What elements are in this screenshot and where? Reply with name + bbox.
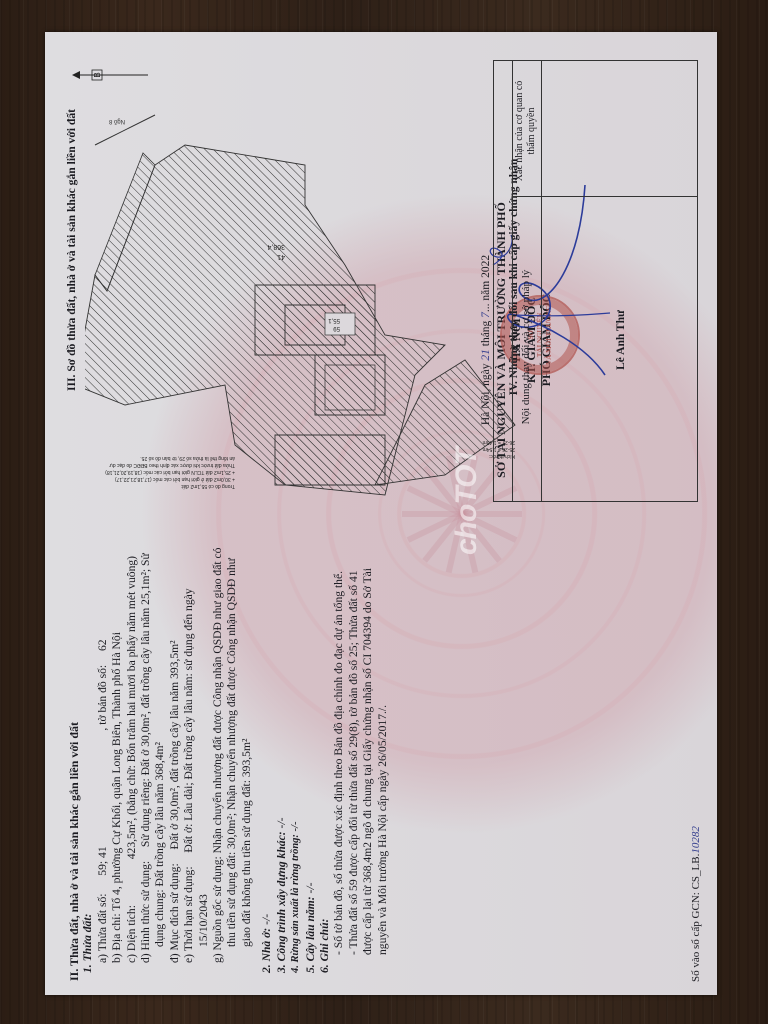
forest-line: 4. Rừng sản xuất là rừng trồng: -/- [289, 521, 303, 981]
usage-term-cont: 15/10/2043 [197, 521, 211, 981]
note-line: - Số tờ bản đồ, số thửa được xác định th… [332, 521, 346, 981]
usage-term-line: e) Thời hạn sử dụng: Đất ở: Lâu dài; Đất… [182, 521, 196, 981]
other-works-line: 3. Công trình xây dựng khác: -/- [275, 521, 289, 981]
svg-text:41: 41 [277, 253, 285, 260]
origin-line: g) Nguồn gốc sử dụng: Nhận chuyển nhượng… [211, 521, 225, 981]
address-line: b) Địa chỉ: Tổ 4, phường Cự Khối, quận L… [110, 521, 124, 981]
chotot-watermark: choTOT [450, 448, 484, 555]
svg-text:án tổng thể là thửa số 29, tờ: án tổng thể là thửa số 29, tờ bản đồ số … [140, 455, 235, 462]
svg-text:+ 30,0m2 đất ở giới hạn bởi cá: + 30,0m2 đất ở giới hạn bởi các mốc (17,… [115, 476, 235, 483]
notes-heading: 6. Ghi chú: [318, 521, 332, 981]
registry-value: 10282 [690, 826, 702, 854]
house-line: 2. Nhà ở: -/- [260, 521, 274, 981]
usage-form-line: d) Hình thức sử dụng: Sử dụng riêng: Đất… [139, 521, 153, 981]
svg-text:59: 59 [333, 325, 340, 331]
svg-text:368,4: 368,4 [267, 243, 285, 250]
usage-form-cont: dụng chung: Đất trồng cây lâu năm 368,4m… [153, 521, 167, 981]
parcel-number: 59; 41 [96, 846, 109, 875]
registry-number: Số vào sổ cấp GCN: CS_LB.10282 [690, 826, 702, 982]
section-ii-parcel-info: II. Thửa đất, nhà ở và tài sản khác gắn … [67, 521, 390, 981]
svg-text:Trong đó có 55,1m2 đất:: Trong đó có 55,1m2 đất: [181, 483, 235, 489]
note-line: nguyên và Môi trường Hà Nội cấp ngày 26/… [376, 521, 390, 981]
parcel-number-line: a) Thửa đất số: 59; 41 , tờ bản đồ số: 6… [96, 521, 110, 981]
note-line: được cấp lại từ 368,4m2 ngõ đi chung tại… [361, 521, 375, 981]
note-line: - Thửa đất số 59 được cấp đổi từ thửa đấ… [347, 521, 361, 981]
col-authority-confirmation: Xác nhận của cơ quan có thẩm quyền [514, 71, 538, 191]
area-line: c) Diện tích: 423,5m², (bằng chữ: Bốn tr… [125, 521, 139, 981]
section-iv-table: IV. Những thay đổi sau khi cấp giấy chứn… [493, 60, 698, 502]
parcel-heading: 1. Thửa đất: [81, 521, 95, 981]
svg-text:Ngõ 8: Ngõ 8 [108, 118, 125, 124]
origin-cont-2: giao đất không thu tiền sử dụng đất: 393… [240, 521, 254, 981]
svg-text:+ 25,1m2 đất TCLN giới hạn bởi: + 25,1m2 đất TCLN giới hạn bởi các mốc (… [105, 469, 235, 476]
col-change-content: Nội dung thay đổi và cơ sở pháp lý [520, 197, 532, 497]
area-value: 423,5m², (bằng chữ: Bốn trăm hai mươi ba… [125, 556, 138, 859]
section-ii-heading: II. Thửa đất, nhà ở và tài sản khác gắn … [67, 521, 81, 981]
map-sheet-number: 62 [96, 639, 109, 651]
perennial-line: 5. Cây lâu năm: -/- [304, 521, 318, 981]
section-iii-heading: III. Sơ đồ thửa đất, nhà ở và tài sản kh… [65, 32, 78, 490]
usage-purpose-line: đ) Mục đích sử dụng: Đất ở 30,0m², đất t… [168, 521, 182, 981]
origin-cont-1: thu tiền sử dụng đất: 30,0m²; Nhận chuyể… [225, 521, 239, 981]
svg-text:55,1: 55,1 [328, 317, 340, 323]
svg-text:Thửa đất trước khi được xác đị: Thửa đất trước khi được xác định theo BĐ… [109, 462, 235, 469]
